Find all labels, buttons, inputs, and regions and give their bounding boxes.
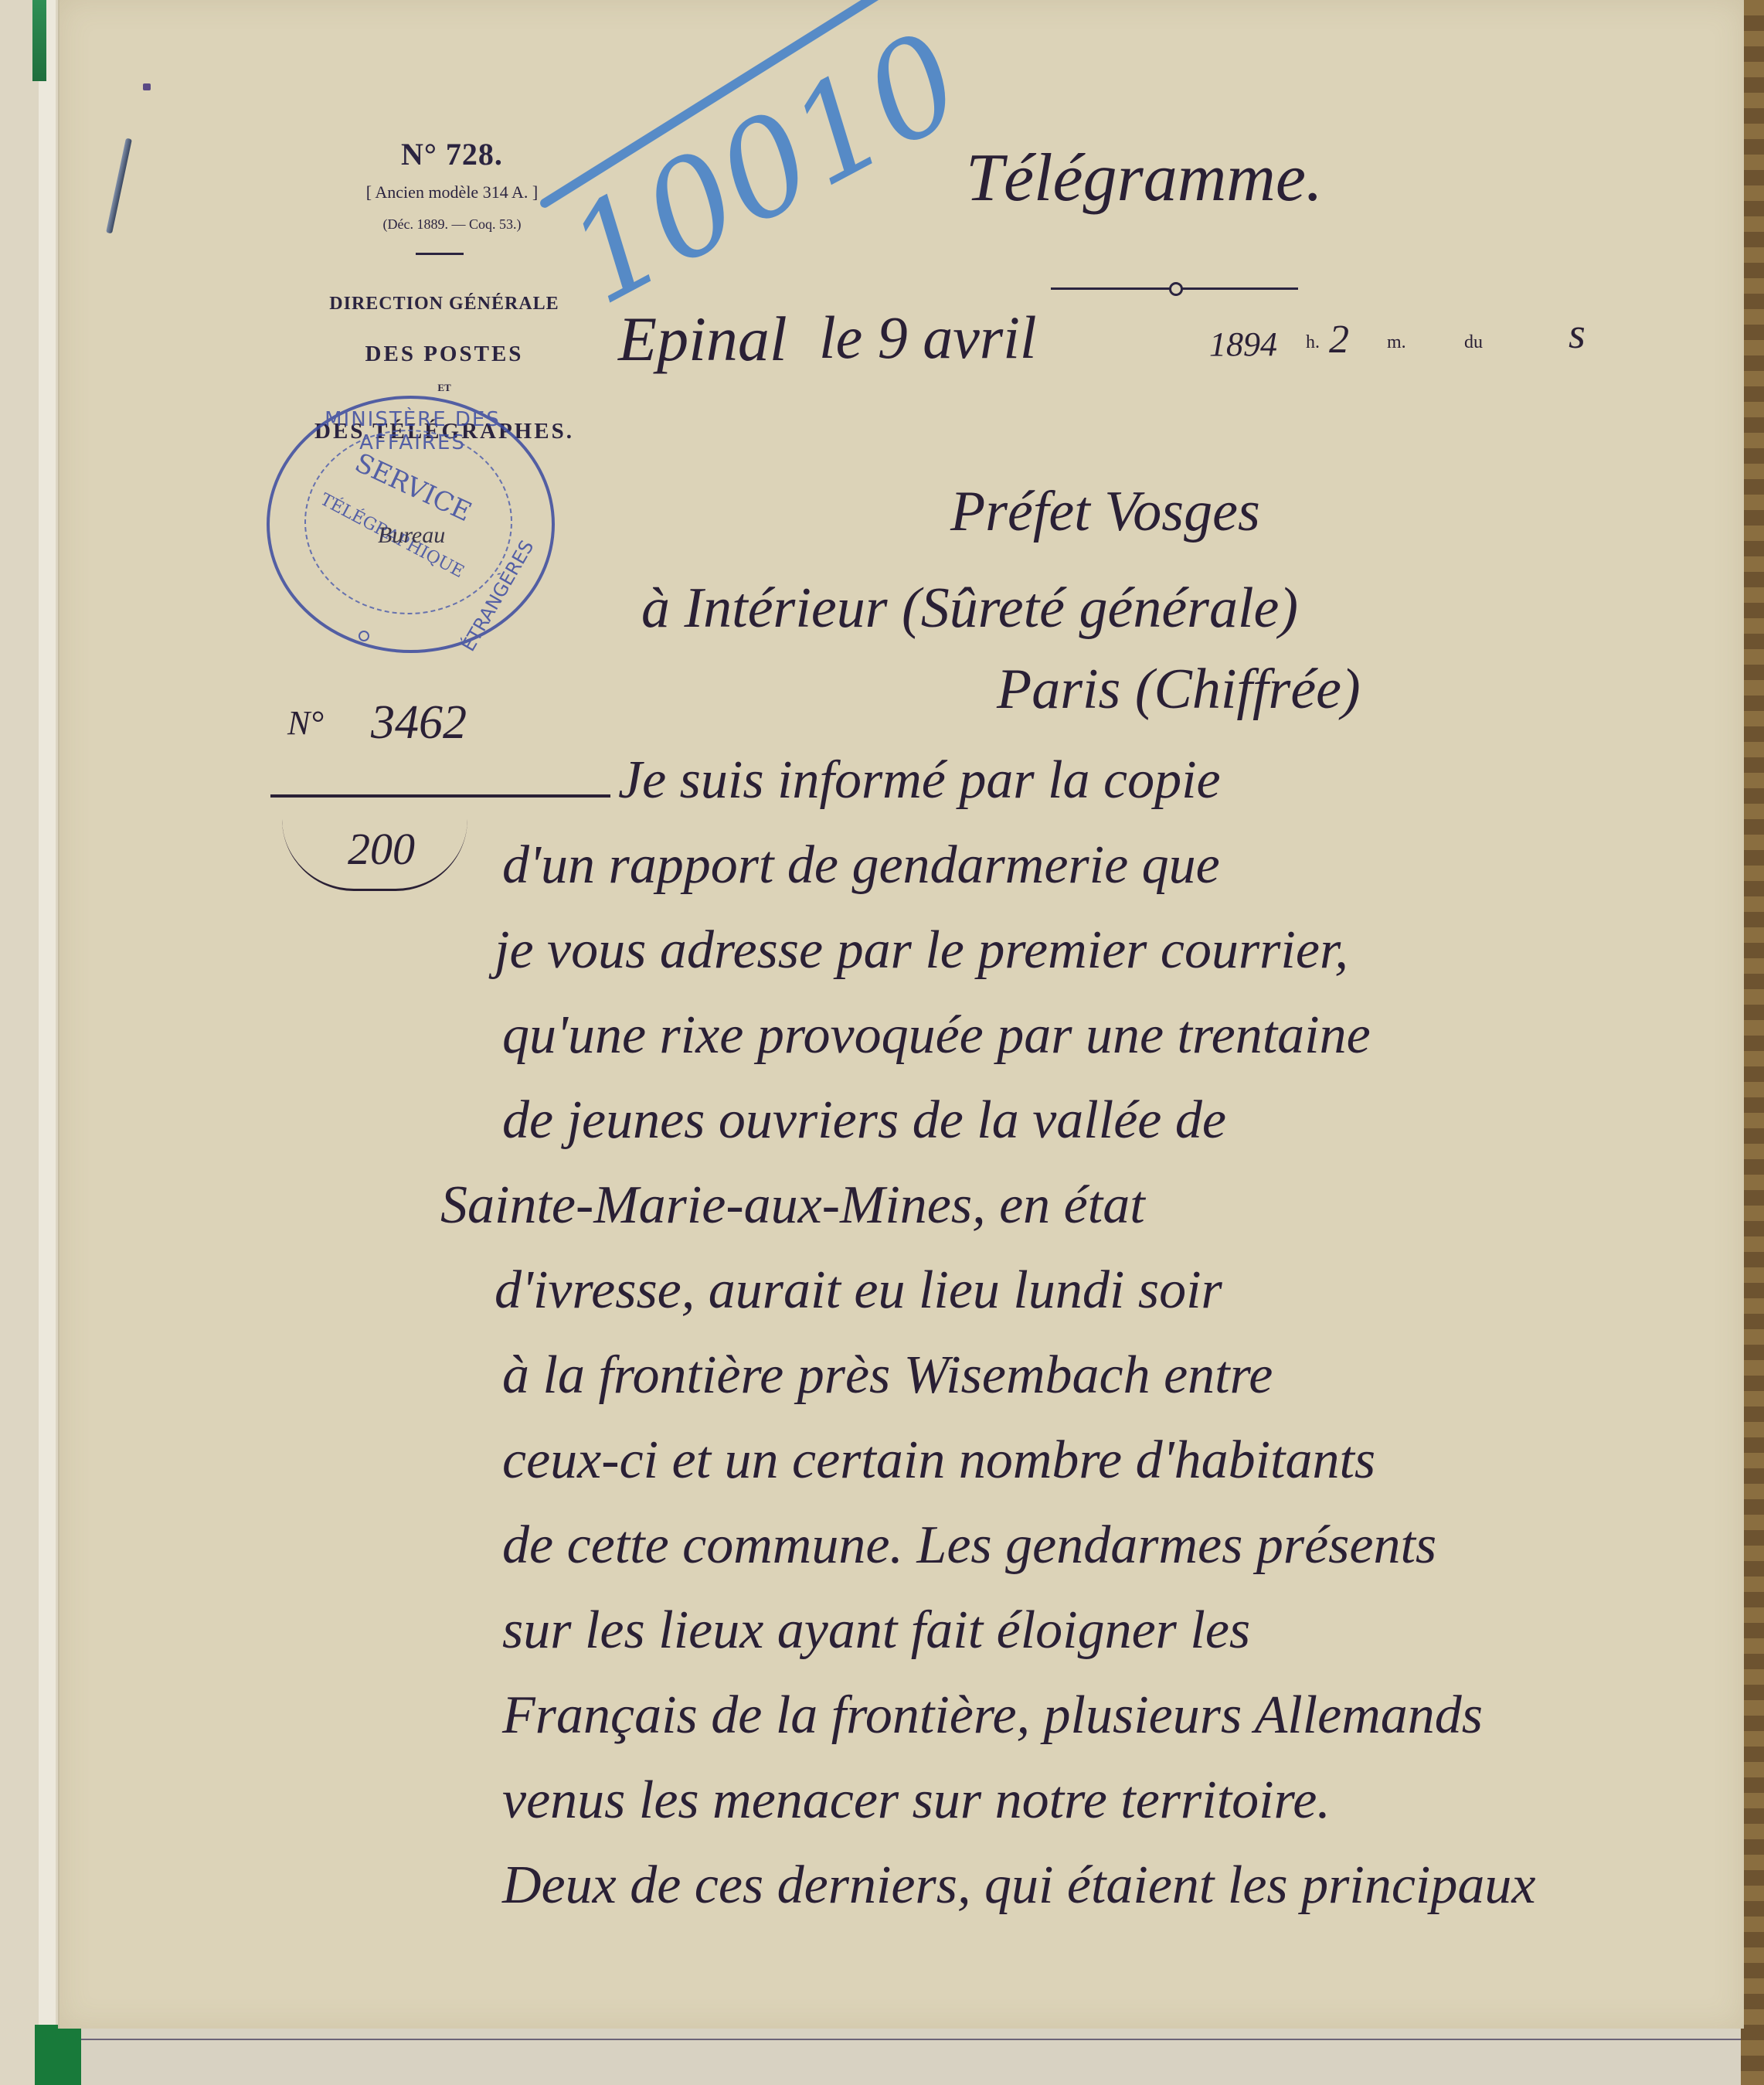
body-line: sur les lieux ayant fait éloigner les [502,1600,1250,1662]
sender: Préfet Vosges [950,479,1260,545]
body-line: d'ivresse, aurait eu lieu lundi soir [495,1260,1222,1321]
body-line: Sainte-Marie-aux-Mines, en état [440,1175,1145,1236]
minute-prefix: du [1464,332,1483,353]
body-line: qu'une rixe provoquée par une trentaine [502,1005,1371,1066]
hour-label: h. [1306,332,1320,353]
body-line: de jeunes ouvriers de la vallée de [502,1090,1226,1151]
minute-label: m. [1387,332,1406,353]
reference-number: 3462 [371,696,467,750]
origin-minute: s [1569,309,1586,359]
body-line: à la frontière près Wisembach entre [502,1345,1273,1406]
body-line: d'un rapport de gendarmerie que [502,835,1220,896]
body-line: Deux de ces derniers, qui étaient les pr… [502,1855,1535,1917]
direction-et: ET [417,382,471,394]
telegram-title: Télégramme. [966,139,1323,217]
title-ornament-dot [1169,282,1183,296]
stamp-rosette-icon [359,631,369,641]
green-ribbon-bottom [35,2025,81,2085]
body-line: venus les menacer sur notre territoire. [502,1770,1331,1832]
origin-place: Epinal [618,303,787,376]
recipient-city: Paris (Chiffrée) [997,657,1361,723]
origin-date: le 9 avril [819,303,1037,372]
body-line: ceux-ci et un certain nombre d'habitants [502,1430,1375,1491]
origin-hour: 2 [1329,317,1349,362]
reference-rule [270,794,610,798]
direction-line-2: DES POSTES [305,342,583,367]
form-number: N° 728. [325,136,580,172]
origin-year: 1894 [1209,325,1277,364]
stamp-bureau-overprint: Bureau [378,522,445,549]
body-line: de cette commune. Les gendarmes présents [502,1515,1436,1577]
pin-hole [143,83,151,90]
form-decree: (Déc. 1889. — Coq. 53.) [325,216,580,233]
reference-label: N° [287,703,324,743]
header-rule [416,253,464,255]
green-ribbon-top [32,0,46,81]
wooden-table-edge [1741,0,1764,2085]
direction-line-1: DIRECTION GÉNÉRALE [305,294,583,315]
binder-strip [39,0,56,2085]
body-line: Français de la frontière, plusieurs Alle… [502,1685,1483,1747]
word-count: 200 [348,823,415,875]
recipient: à Intérieur (Sûreté générale) [641,576,1298,641]
body-line: Je suis informé par la copie [618,750,1221,811]
stamp-ring-top-text: MINISTÈRE DES AFFAIRES [285,408,540,454]
ministry-stamp: MINISTÈRE DES AFFAIRES SERVICE TÉLÉGRAPH… [267,396,555,653]
body-line: je vous adresse par le premier courrier, [495,920,1348,981]
